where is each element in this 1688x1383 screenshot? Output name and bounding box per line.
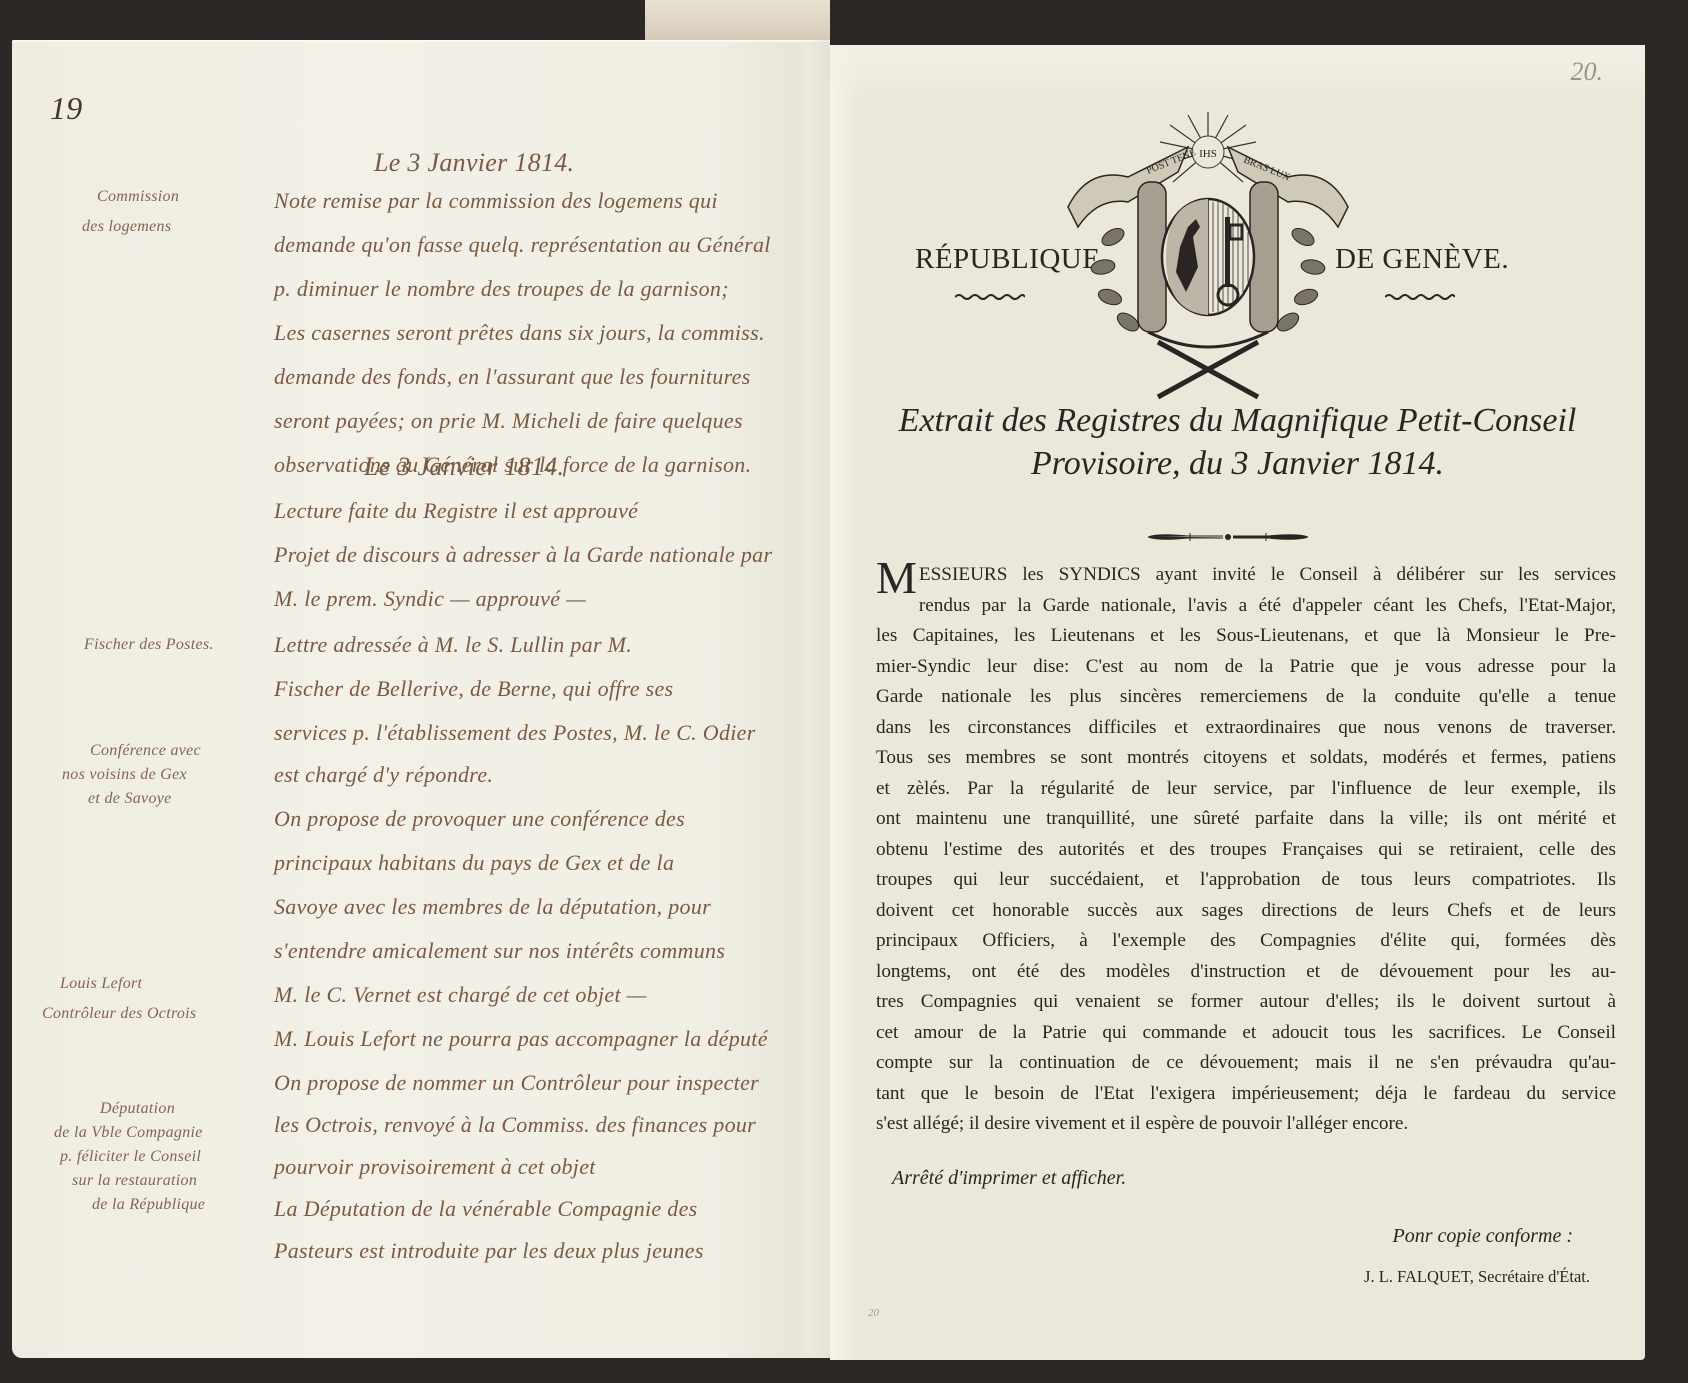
register-line: s'entendre amicalement sur nos intérêts … [274,938,725,964]
register-line: M. le C. Vernet est chargé de cet objet … [274,982,647,1008]
register-line: On propose de nommer un Contrôleur pour … [274,1070,759,1096]
margin-note: sur la restauration [72,1172,197,1190]
copie-conforme: Ponr copie conforme : [1392,1225,1573,1248]
register-line: On propose de provoquer une conférence d… [274,806,685,832]
body-line: les Capitaines, les Lieutenans et les So… [876,621,1616,652]
margin-note: Députation [100,1100,175,1118]
register-line: Lecture faite du Registre il est approuv… [274,498,638,524]
body-line: troupes qui leur succédaient, et l'appro… [876,865,1616,896]
divider-ornament-icon [1148,532,1308,542]
register-line: M. Louis Lefort ne pourra pas accompagne… [274,1026,768,1052]
extract-title-line-2: Provisoire, du 3 Janvier 1814. [830,445,1645,483]
margin-note: Conférence avec [90,742,201,760]
body-line: mier-Syndic leur dise: C'est au nom de l… [876,652,1616,683]
wavy-ornament-icon [955,293,1025,301]
left-page-handwritten: 19 Le 3 Janvier 1814. Commission des log… [12,40,830,1358]
register-line: La Députation de la vénérable Compagnie … [274,1196,698,1222]
margin-note: de la République [92,1196,205,1214]
wavy-ornament-icon [1385,293,1455,301]
margin-note: nos voisins de Gex [62,766,187,784]
body-line: tres Compagnies qui venaient se former a… [876,987,1616,1018]
body-line: doivent cet honorable succès aux sages d… [876,896,1616,927]
body-line: Tous ses membres se sont montrés citoyen… [876,743,1616,774]
margin-note: Commission [97,188,179,206]
register-line: principaux habitans du pays de Gex et de… [274,850,674,876]
register-line: demande qu'on fasse quelq. représentatio… [274,232,771,258]
signatory-name: J. L. FALQUET, [1364,1267,1474,1286]
entry-date: Le 3 Janvier 1814. [374,148,574,178]
register-line: Note remise par la commission des logeme… [274,188,718,214]
body-line: tant que le besoin de l'Etat l'exigera i… [876,1079,1616,1110]
svg-text:IHS: IHS [1199,148,1217,160]
body-line: dans les circonstances difficiles et ext… [876,713,1616,744]
body-line: obtenu l'estime des autorités et des tro… [876,835,1616,866]
body-line: s'est allégé; il desire vivement et il e… [876,1109,1616,1140]
register-line: est chargé d'y répondre. [274,762,493,788]
signature-block: J. L. FALQUET, Secrétaire d'État. [1364,1267,1590,1287]
body-line: principaux Officiers, à l'exemple des Co… [876,926,1616,957]
margin-note: Fischer des Postes. [84,636,214,654]
extract-title-line-1: Extrait des Registres du Magnifique Peti… [830,402,1645,440]
signatory-title: Secrétaire d'État. [1478,1267,1590,1286]
register-line: Projet de discours à adresser à la Garde… [274,542,772,568]
arrete-line: Arrêté d'imprimer et afficher. [892,1167,1126,1190]
margin-note: et de Savoye [88,790,172,808]
register-line: Pasteurs est introduite par les deux plu… [274,1238,704,1264]
proclamation-body: M ESSIEURS les SYNDICS ayant invité le C… [876,560,1616,1140]
register-line: Les casernes seront prêtes dans six jour… [274,320,765,346]
register-line: services p. l'établissement des Postes, … [274,720,756,746]
margin-note: p. féliciter le Conseil [60,1148,201,1166]
register-line: Lettre adressée à M. le S. Lullin par M. [274,632,632,658]
margin-note: de la Vble Compagnie [54,1124,203,1142]
register-line: les Octrois, renvoyé à la Commiss. des f… [274,1112,756,1138]
pencil-annotation: 20 [868,1307,879,1319]
body-line: compte sur la continuation de ce dévouem… [876,1048,1616,1079]
geneva-coat-of-arms-icon: IHS POST TENE BRAS LUX [1058,107,1358,407]
body-line: et zèlés. Par la régularité de leur serv… [876,774,1616,805]
margin-note: des logemens [82,218,171,236]
folio-number: 20. [1571,57,1604,87]
register-line: pourvoir provisoirement à cet objet [274,1154,596,1180]
margin-note: Louis Lefort [60,975,142,993]
drop-cap: M [876,563,917,593]
body-line: ont maintenu une tranquillité, une sûret… [876,804,1616,835]
folio-number: 19 [50,90,83,127]
body-line: longtems, ont été des modèles d'instruct… [876,957,1616,988]
entry-date: Le 3 Janvier 1814. [364,452,564,482]
body-line: rendus par la Garde nationale, l'avis a … [876,591,1616,622]
body-line: ESSIEURS les SYNDICS ayant invité le Con… [876,560,1616,591]
register-line: Savoye avec les membres de la députation… [274,894,711,920]
right-page-printed: 20. RÉPUBLIQUE DE GENÈVE. IHS POST TENE … [830,45,1645,1360]
body-line: Garde nationale les plus sincères remerc… [876,682,1616,713]
margin-note: Contrôleur des Octrois [42,1005,196,1023]
register-line: Fischer de Bellerive, de Berne, qui offr… [274,676,673,702]
register-line: demande des fonds, en l'assurant que les… [274,364,751,390]
register-line: p. diminuer le nombre des troupes de la … [274,276,729,302]
body-line: cet amour de la Patrie qui commande et a… [876,1018,1616,1049]
register-line: seront payées; on prie M. Micheli de fai… [274,408,743,434]
header-geneve: DE GENÈVE. [1335,243,1509,276]
register-line: M. le prem. Syndic — approuvé — [274,586,586,612]
